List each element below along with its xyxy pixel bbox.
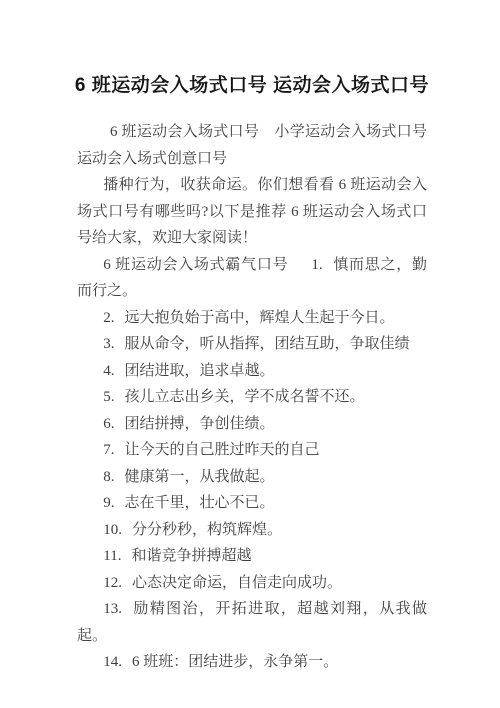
slogan-paragraph-2: 2.远大抱负始于高中，辉煌人生起于今日。	[77, 305, 427, 332]
slogan-text: 团结拼搏，争创佳绩。	[125, 416, 275, 432]
slogan-text: 团结进取，追求卓越。	[125, 363, 275, 379]
list-section-heading: 6 班运动会入场式霸气口号	[103, 257, 288, 273]
document-title: 6 班运动会入场式口号 运动会入场式口号	[47, 74, 457, 98]
slogan-paragraph-5: 5.孩儿立志出乡关，学不成名誓不还。	[77, 384, 427, 411]
slogan-paragraph-11: 11.和谐竞争拼搏超越	[77, 543, 427, 570]
slogan-paragraph-7: 7.让今天的自己胜过昨天的自己	[77, 437, 427, 464]
slogan-number: 13.	[103, 601, 122, 617]
slogan-number: 3.	[103, 336, 114, 352]
slogan-text: 让今天的自己胜过昨天的自己	[125, 442, 320, 458]
slogan-number: 5.	[103, 389, 114, 405]
slogan-paragraph-8: 8.健康第一，从我做起。	[77, 464, 427, 491]
slogan-number: 2.	[103, 310, 114, 326]
document-page: 6 班运动会入场式口号 运动会入场式口号 6 班运动会入场式口号 小学运动会入场…	[0, 0, 500, 708]
slogan-text: 健康第一，从我做起。	[125, 469, 275, 485]
slogan-number: 1.	[311, 257, 322, 273]
slogan-paragraph-13: 13.励精图治，开拓进取，超越刘翔，从我做起。	[77, 596, 427, 649]
slogan-number: 11.	[103, 548, 121, 564]
slogan-text: 和谐竞争拼搏超越	[131, 548, 251, 564]
slogan-number: 9.	[103, 495, 114, 511]
slogan-number: 4.	[103, 363, 114, 379]
slogan-paragraph-6: 6.团结拼搏，争创佳绩。	[77, 411, 427, 438]
slogan-text: 心态决定命运，自信走向成功。	[132, 575, 342, 591]
slogan-number: 7.	[103, 442, 114, 458]
slogan-paragraph-14: 14.6 班班：团结进步，永争第一。	[77, 649, 427, 676]
slogan-paragraph-9: 9.志在千里，壮心不已。	[77, 490, 427, 517]
slogan-text: 分分秒秒，构筑辉煌。	[132, 522, 282, 538]
slogan-text: 6 班班：团结进步，永争第一。	[132, 654, 338, 670]
slogan-number: 12.	[103, 575, 122, 591]
intro-paragraph-description: 播种行为，收获命运。你们想看看 6 班运动会入场式口号有哪些吗?以下是推荐 6 …	[77, 172, 427, 252]
slogan-number: 14.	[103, 654, 122, 670]
slogan-number: 8.	[103, 469, 114, 485]
slogan-text: 孩儿立志出乡关，学不成名誓不还。	[125, 389, 365, 405]
slogan-paragraph-12: 12.心态决定命运，自信走向成功。	[77, 570, 427, 597]
slogan-paragraph-3: 3.服从命令，听从指挥，团结互助，争取佳绩	[77, 331, 427, 358]
intro-paragraph-keywords: 6 班运动会入场式口号 小学运动会入场式口号 运动会入场式创意口号	[77, 119, 427, 172]
slogan-text: 远大抱负始于高中，辉煌人生起于今日。	[125, 310, 395, 326]
slogan-text: 志在千里，壮心不已。	[125, 495, 275, 511]
slogan-text: 励精图治，开拓进取，超越刘翔，从我做起。	[77, 601, 427, 644]
slogan-paragraph-1: 6 班运动会入场式霸气口号1.慎而思之，勤而行之。	[77, 252, 427, 305]
slogan-paragraph-4: 4.团结进取，追求卓越。	[77, 358, 427, 385]
slogan-text: 服从命令，听从指挥，团结互助，争取佳绩	[125, 336, 410, 352]
slogan-number: 10.	[103, 522, 122, 538]
slogan-number: 6.	[103, 416, 114, 432]
slogan-paragraph-10: 10.分分秒秒，构筑辉煌。	[77, 517, 427, 544]
